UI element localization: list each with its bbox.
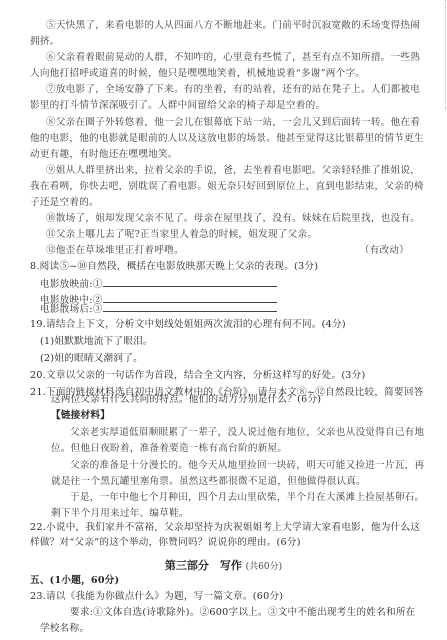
paragraph-10: ⑩散场了，姐却发现父亲不见了。母亲在屋里找了，没有。妹妹在后院里找，也没有。: [46, 213, 420, 225]
paragraph-6-line-1: ⑥父亲看着眼前晃动的人群，不知咋的，心里竟有些慌了，甚至有点不知所措。一些熟: [46, 52, 420, 64]
paragraph-8-line-2: 他的电影，他的电影就是眼前的人以及这放电影的场景。他甚至觉得这比银幕里的情节更生: [30, 133, 424, 145]
question-22-line-2: 样做？对“父亲”的这个举动，你赞同吗？说说你的理由。(6分): [30, 537, 301, 549]
material-p1-line-2: 位。但他日夜盼着，准备着要造一栋有高台阶的新屋。: [51, 443, 287, 455]
material-p2-line-2: 就是往一个黑瓦罐里塞角票。虽然这些都很微不足道，但他做得很认真。: [51, 476, 366, 488]
question-19-item-1: (1)姐默默地流下了眼泪。: [40, 336, 153, 348]
requirements-line-2: 学校名称。: [40, 623, 89, 635]
paragraph-5-line-1: ⑤天快黑了，来看电影的人从四面八方不断地赶来。门前平时沉寂宽敞的禾场变得热闹: [46, 20, 420, 32]
material-title: 【链接材料】: [51, 410, 110, 422]
paragraph-5-line-2: 拥挤。: [30, 36, 60, 48]
exam-page: ⑤天快黑了，来看电影的人从四面八方不断地赶来。门前平时沉寂宽敞的禾场变得热闹 拥…: [0, 0, 447, 640]
answer-line[interactable]: [103, 277, 277, 287]
question-22-line-1: 22.小说中，我们家并不富裕，父亲却坚持为庆祝姐姐考上大学请大家看电影，他为什么…: [30, 522, 420, 534]
paragraph-12: ⑫他歪在草垛堆里正打着呼噜。: [46, 245, 184, 257]
question-18: 8.阅读⑤~⑩自然段，概括在电影放映那天晚上父亲的表现。(3分): [30, 261, 318, 273]
paragraph-9-line-3: 子还是空着的。: [30, 197, 99, 209]
answer-line[interactable]: [103, 302, 277, 312]
section-title: 第三部分 写作 (共60分): [0, 557, 447, 573]
paragraph-7-line-2: 影里的打斗情节深深吸引了。人群中间留给父亲的椅子却是空着的。: [30, 100, 325, 112]
part-heading: 五、(1小题，60分): [30, 575, 119, 587]
question-19: 19.请结合上下文，分析文中划线处姐姐两次流泪的心理有何不同。(4分): [30, 319, 346, 331]
paragraph-9-line-1: ⑨姐从人群里挤出来，拉着父亲的手说，爸，去坐着看电影吧。父亲轻轻推了推姐说，: [46, 165, 420, 177]
paragraph-8-line-1: ⑧父亲在圈子外转悠着，他一会儿在银幕底下站一站，一会儿又到后面转一转。他在看: [46, 117, 420, 129]
paragraph-6-line-2: 人向他打招呼或道喜的时候，他只是嘿嘿地笑着，机械地说着“多谢”两个字。: [30, 68, 365, 80]
paragraph-11: ⑪父亲上哪儿去了呢?正当家里人着急的时候，姐发现了父亲。: [46, 229, 317, 241]
paragraph-9-line-2: 我在看咧，你快去吧，别耽误了看电影。姐无奈只好回到原位上，直到电影结束，父亲的椅: [30, 181, 424, 193]
question-20: 20.文章以父亲的一句话作为首段，结合全文内容，分析这样写的好处。(3分): [30, 370, 366, 382]
material-p1-line-1: 父亲老实厚道低眉顺眼累了一辈子，没人说过他有地位，父亲也从没觉得自己有地: [70, 427, 424, 439]
question-19-item-2: (2)姐的眼睛又潮润了。: [40, 353, 143, 365]
paragraph-7-line-1: ⑦放电影了，全场安静了下来。有的坐着，有的站着，还有的站在凳子上。人们都被电: [46, 84, 420, 96]
answer-blank-after[interactable]: 电影散场后:③: [40, 302, 277, 316]
question-21-line-2: 这两位父亲有什么共同的特点。他们的动力分别是什么？(6分): [51, 394, 321, 406]
answer-blank-before[interactable]: 电影放映前:①: [40, 277, 277, 291]
material-p2-line-1: 父亲的准备是十分漫长的。他今天从地里捡回一块砖，明天可能又捡进一片瓦，再: [70, 460, 424, 472]
requirements-line-1: 要求:①文体自选(诗歌除外)。②600字以上。③文中不能出现考生的姓名和所在: [70, 607, 416, 619]
material-p3-line-2: 剩下半个月用来过年、编草鞋。: [51, 508, 189, 520]
source-note: （有改动）: [360, 245, 409, 257]
paragraph-8-line-3: 动更有趣，有时他还在嘿嘿地笑。: [30, 149, 178, 161]
question-23: 23.请以《我能为你做点什么》为题，写一篇文章。(60分): [30, 591, 283, 603]
material-p3-line-1: 于是，一年中他七个月种田，四个月去山里砍柴，半个月在大溪滩上捡屋基卵石。: [70, 492, 424, 504]
